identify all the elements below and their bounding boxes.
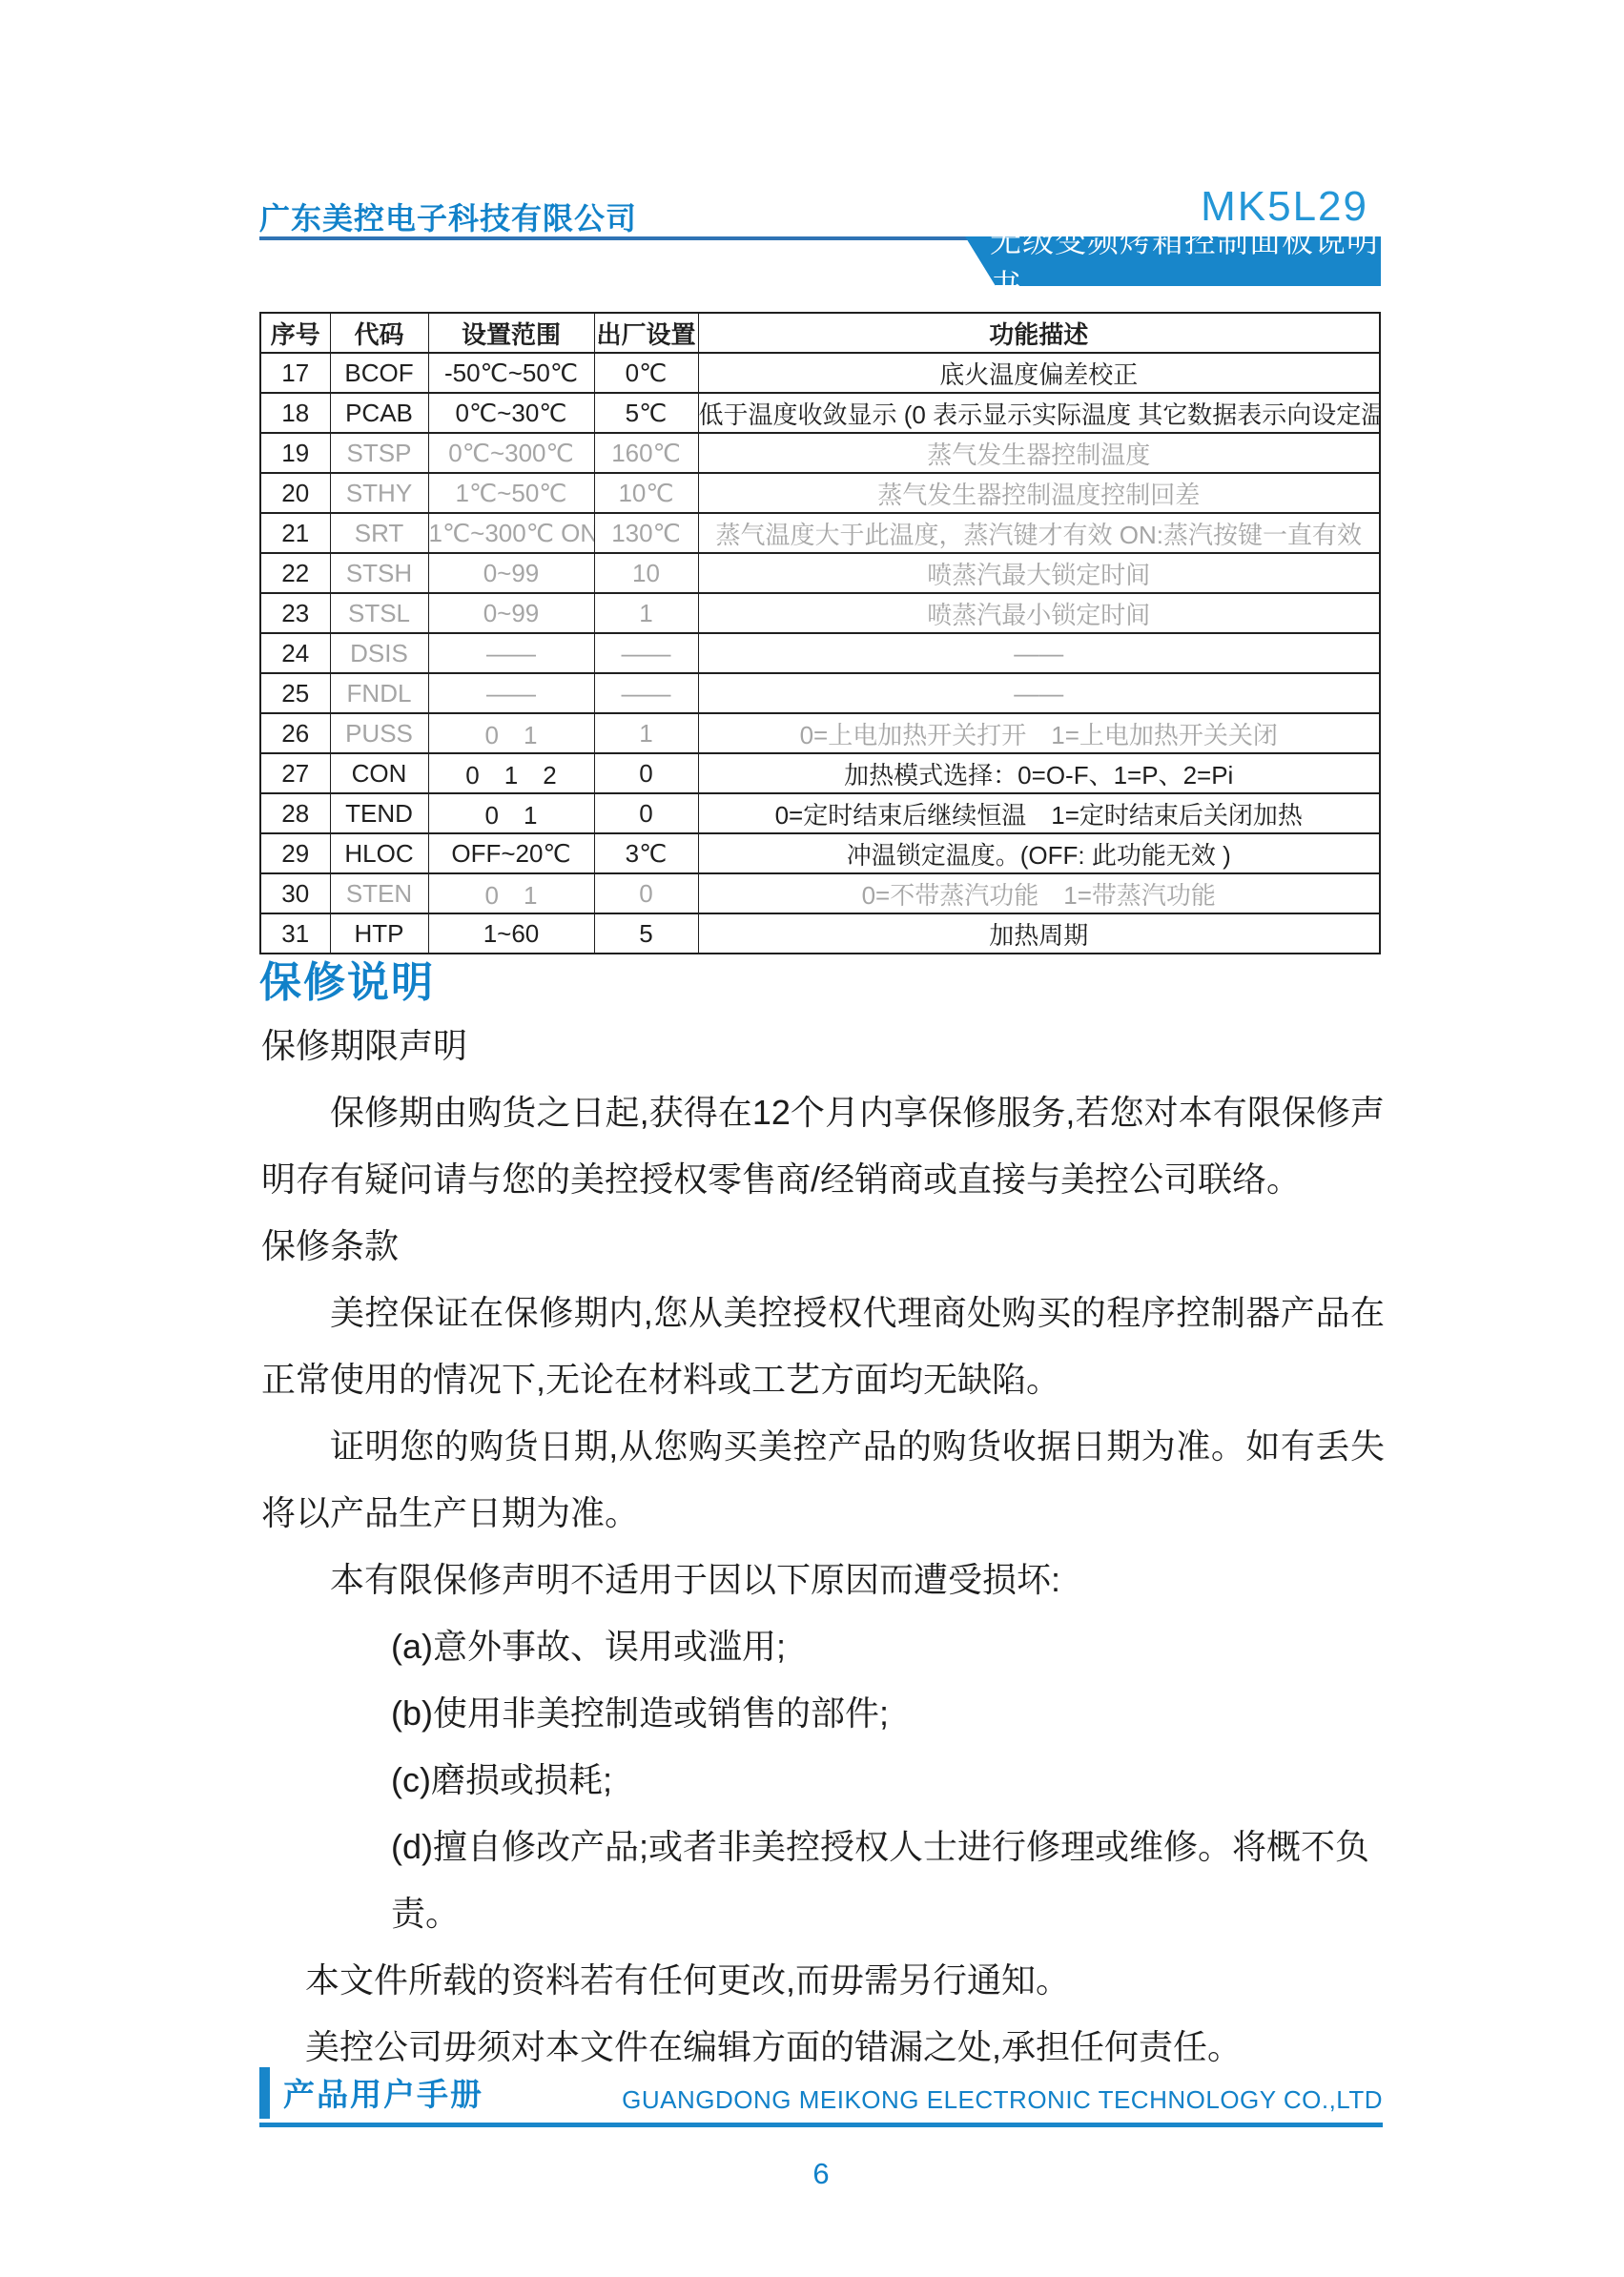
table-cell-code: PUSS <box>330 713 428 753</box>
settings-table: 序号代码设置范围出厂设置功能描述 17BCOF-50℃~50℃0℃底火温度偏差校… <box>259 312 1381 954</box>
table-row: 29HLOCOFF~20℃3℃冲温锁定温度。(OFF: 此功能无效 ) <box>260 833 1380 873</box>
table-cell-no: 29 <box>260 833 330 873</box>
table-cell-factory: 160℃ <box>594 433 698 473</box>
paragraph: 保修期限声明 <box>261 1013 1385 1079</box>
table-cell-factory: 0 <box>594 793 698 833</box>
table-cell-range: 0℃~300℃ <box>428 433 594 473</box>
table-cell-no: 27 <box>260 753 330 793</box>
footer-rule <box>259 2123 1383 2127</box>
table-cell-code: STSL <box>330 593 428 633</box>
table-cell-code: FNDL <box>330 673 428 713</box>
table-row: 24DSIS—————— <box>260 633 1380 673</box>
table-cell-no: 28 <box>260 793 330 833</box>
table-cell-range: 0~99 <box>428 593 594 633</box>
table-cell-range: —— <box>428 633 594 673</box>
table-cell-range: 0 1 <box>428 793 594 833</box>
model-number: MK5L29 <box>1201 183 1368 231</box>
table-row: 26PUSS0 110=上电加热开关打开 1=上电加热开关关闭 <box>260 713 1380 753</box>
table-cell-desc: 蒸气发生器控制温度 <box>698 433 1380 473</box>
table-cell-code: CON <box>330 753 428 793</box>
table-cell-code: DSIS <box>330 633 428 673</box>
table-cell-no: 17 <box>260 353 330 393</box>
table-row: 17BCOF-50℃~50℃0℃底火温度偏差校正 <box>260 353 1380 393</box>
table-row: 22STSH0~9910喷蒸汽最大锁定时间 <box>260 553 1380 593</box>
table-header-row: 序号代码设置范围出厂设置功能描述 <box>260 313 1380 353</box>
table-row: 25FNDL—————— <box>260 673 1380 713</box>
table-cell-desc: 低于温度收敛显示 (0 表示显示实际温度 其它数据表示向设定温度收敛 ) <box>698 393 1380 433</box>
paragraph: (b)使用非美控制造或销售的部件; <box>261 1680 1385 1747</box>
table-cell-no: 26 <box>260 713 330 753</box>
table-cell-no: 23 <box>260 593 330 633</box>
table-cell-desc: 喷蒸汽最大锁定时间 <box>698 553 1380 593</box>
paragraph: 本文件所载的资料若有任何更改,而毋需另行通知。 <box>261 1947 1385 2014</box>
paragraph: 本有限保修声明不适用于因以下原因而遭受损坏: <box>261 1547 1385 1613</box>
table-cell-desc: 0=定时结束后继续恒温 1=定时结束后关闭加热 <box>698 793 1380 833</box>
paragraph: (d)擅自修改产品;或者非美控授权人士进行修理或维修。将概不负责。 <box>261 1814 1385 1947</box>
table-cell-no: 19 <box>260 433 330 473</box>
page-number: 6 <box>259 2157 1383 2191</box>
table-cell-factory: —— <box>594 673 698 713</box>
table-row: 18PCAB0℃~30℃5℃低于温度收敛显示 (0 表示显示实际温度 其它数据表… <box>260 393 1380 433</box>
table-cell-desc: 0=不带蒸汽功能 1=带蒸汽功能 <box>698 873 1380 913</box>
table-cell-range: 1℃~50℃ <box>428 473 594 513</box>
table-cell-range: -50℃~50℃ <box>428 353 594 393</box>
table-row: 23STSL0~991喷蒸汽最小锁定时间 <box>260 593 1380 633</box>
paragraph: (a)意外事故、误用或滥用; <box>261 1613 1385 1680</box>
table-cell-code: SRT <box>330 513 428 553</box>
table-cell-code: STSH <box>330 553 428 593</box>
table-cell-range: —— <box>428 673 594 713</box>
table-row: 27CON0 1 20加热模式选择：0=O-F、1=P、2=Pi <box>260 753 1380 793</box>
table-cell-desc: 底火温度偏差校正 <box>698 353 1380 393</box>
table-header-cell: 代码 <box>330 313 428 353</box>
table-cell-range: 0~99 <box>428 553 594 593</box>
header-banner: 无级变频烤箱控制面板说明书 <box>965 236 1381 286</box>
table-cell-factory: 0℃ <box>594 353 698 393</box>
table-cell-desc: 喷蒸汽最小锁定时间 <box>698 593 1380 633</box>
table-cell-range: OFF~20℃ <box>428 833 594 873</box>
table-cell-desc: 加热模式选择：0=O-F、1=P、2=Pi <box>698 753 1380 793</box>
table-cell-factory: —— <box>594 633 698 673</box>
table-row: 28TEND0 100=定时结束后继续恒温 1=定时结束后关闭加热 <box>260 793 1380 833</box>
table-cell-no: 22 <box>260 553 330 593</box>
table-row: 20STHY1℃~50℃10℃蒸气发生器控制温度控制回差 <box>260 473 1380 513</box>
table-cell-code: STEN <box>330 873 428 913</box>
table-cell-factory: 3℃ <box>594 833 698 873</box>
table-cell-desc: 加热周期 <box>698 913 1380 954</box>
table-row: 21SRT1℃~300℃ ON130℃蒸气温度大于此温度，蒸汽键才有效 ON:蒸… <box>260 513 1380 553</box>
paragraph: 保修条款 <box>261 1213 1385 1280</box>
table-cell-range: 1℃~300℃ ON <box>428 513 594 553</box>
table-cell-code: TEND <box>330 793 428 833</box>
table-cell-range: 0℃~30℃ <box>428 393 594 433</box>
footer-accent-bar <box>259 2067 270 2119</box>
manual-page: 广东美控电子科技有限公司 MK5L29 无级变频烤箱控制面板说明书 序号代码设置… <box>0 0 1624 2277</box>
warranty-section-title: 保修说明 <box>259 948 435 1009</box>
table-cell-desc: 蒸气发生器控制温度控制回差 <box>698 473 1380 513</box>
table-row: 30STEN0 100=不带蒸汽功能 1=带蒸汽功能 <box>260 873 1380 913</box>
table-cell-factory: 0 <box>594 753 698 793</box>
table-cell-desc: 蒸气温度大于此温度，蒸汽键才有效 ON:蒸汽按键一直有效 <box>698 513 1380 553</box>
paragraph: (c)磨损或损耗; <box>261 1747 1385 1814</box>
table-cell-no: 18 <box>260 393 330 433</box>
table-cell-no: 30 <box>260 873 330 913</box>
table-header-cell: 序号 <box>260 313 330 353</box>
table-cell-desc: 0=上电加热开关打开 1=上电加热开关关闭 <box>698 713 1380 753</box>
table-cell-factory: 130℃ <box>594 513 698 553</box>
table-cell-desc: —— <box>698 633 1380 673</box>
table-header-cell: 设置范围 <box>428 313 594 353</box>
table-cell-factory: 1 <box>594 713 698 753</box>
table-cell-range: 0 1 <box>428 713 594 753</box>
paragraph: 保修期由购货之日起,获得在12个月内享保修服务,若您对本有限保修声明存有疑问请与… <box>261 1079 1385 1213</box>
table-cell-code: PCAB <box>330 393 428 433</box>
table-cell-code: HLOC <box>330 833 428 873</box>
table-cell-no: 24 <box>260 633 330 673</box>
table-cell-no: 25 <box>260 673 330 713</box>
paragraph: 证明您的购货日期,从您购买美控产品的购货收据日期为准。如有丢失将以产品生产日期为… <box>261 1413 1385 1547</box>
table-cell-range: 0 1 2 <box>428 753 594 793</box>
table-cell-desc: —— <box>698 673 1380 713</box>
table-cell-factory: 10℃ <box>594 473 698 513</box>
table-cell-code: STHY <box>330 473 428 513</box>
paragraph: 美控保证在保修期内,您从美控授权代理商处购买的程序控制器产品在正常使用的情况下,… <box>261 1280 1385 1413</box>
table-cell-range: 0 1 <box>428 873 594 913</box>
table-cell-range: 1~60 <box>428 913 594 954</box>
table-row: 19STSP0℃~300℃160℃蒸气发生器控制温度 <box>260 433 1380 473</box>
footer: 产品用户手册 GUANGDONG MEIKONG ELECTRONIC TECH… <box>259 2065 1383 2119</box>
footer-manual-label: 产品用户手册 <box>283 2071 483 2119</box>
table-cell-factory: 10 <box>594 553 698 593</box>
table-cell-code: STSP <box>330 433 428 473</box>
table-cell-factory: 0 <box>594 873 698 913</box>
table-header-cell: 功能描述 <box>698 313 1380 353</box>
table-cell-factory: 1 <box>594 593 698 633</box>
table-cell-code: BCOF <box>330 353 428 393</box>
table-cell-desc: 冲温锁定温度。(OFF: 此功能无效 ) <box>698 833 1380 873</box>
company-name: 广东美控电子科技有限公司 <box>259 195 637 238</box>
warranty-body: 保修期限声明保修期由购货之日起,获得在12个月内享保修服务,若您对本有限保修声明… <box>261 1013 1385 2081</box>
table-cell-factory: 5℃ <box>594 393 698 433</box>
footer-company-en: GUANGDONG MEIKONG ELECTRONIC TECHNOLOGY … <box>483 2081 1383 2119</box>
table-cell-no: 21 <box>260 513 330 553</box>
table-cell-factory: 5 <box>594 913 698 954</box>
table-header-cell: 出厂设置 <box>594 313 698 353</box>
table-cell-no: 20 <box>260 473 330 513</box>
